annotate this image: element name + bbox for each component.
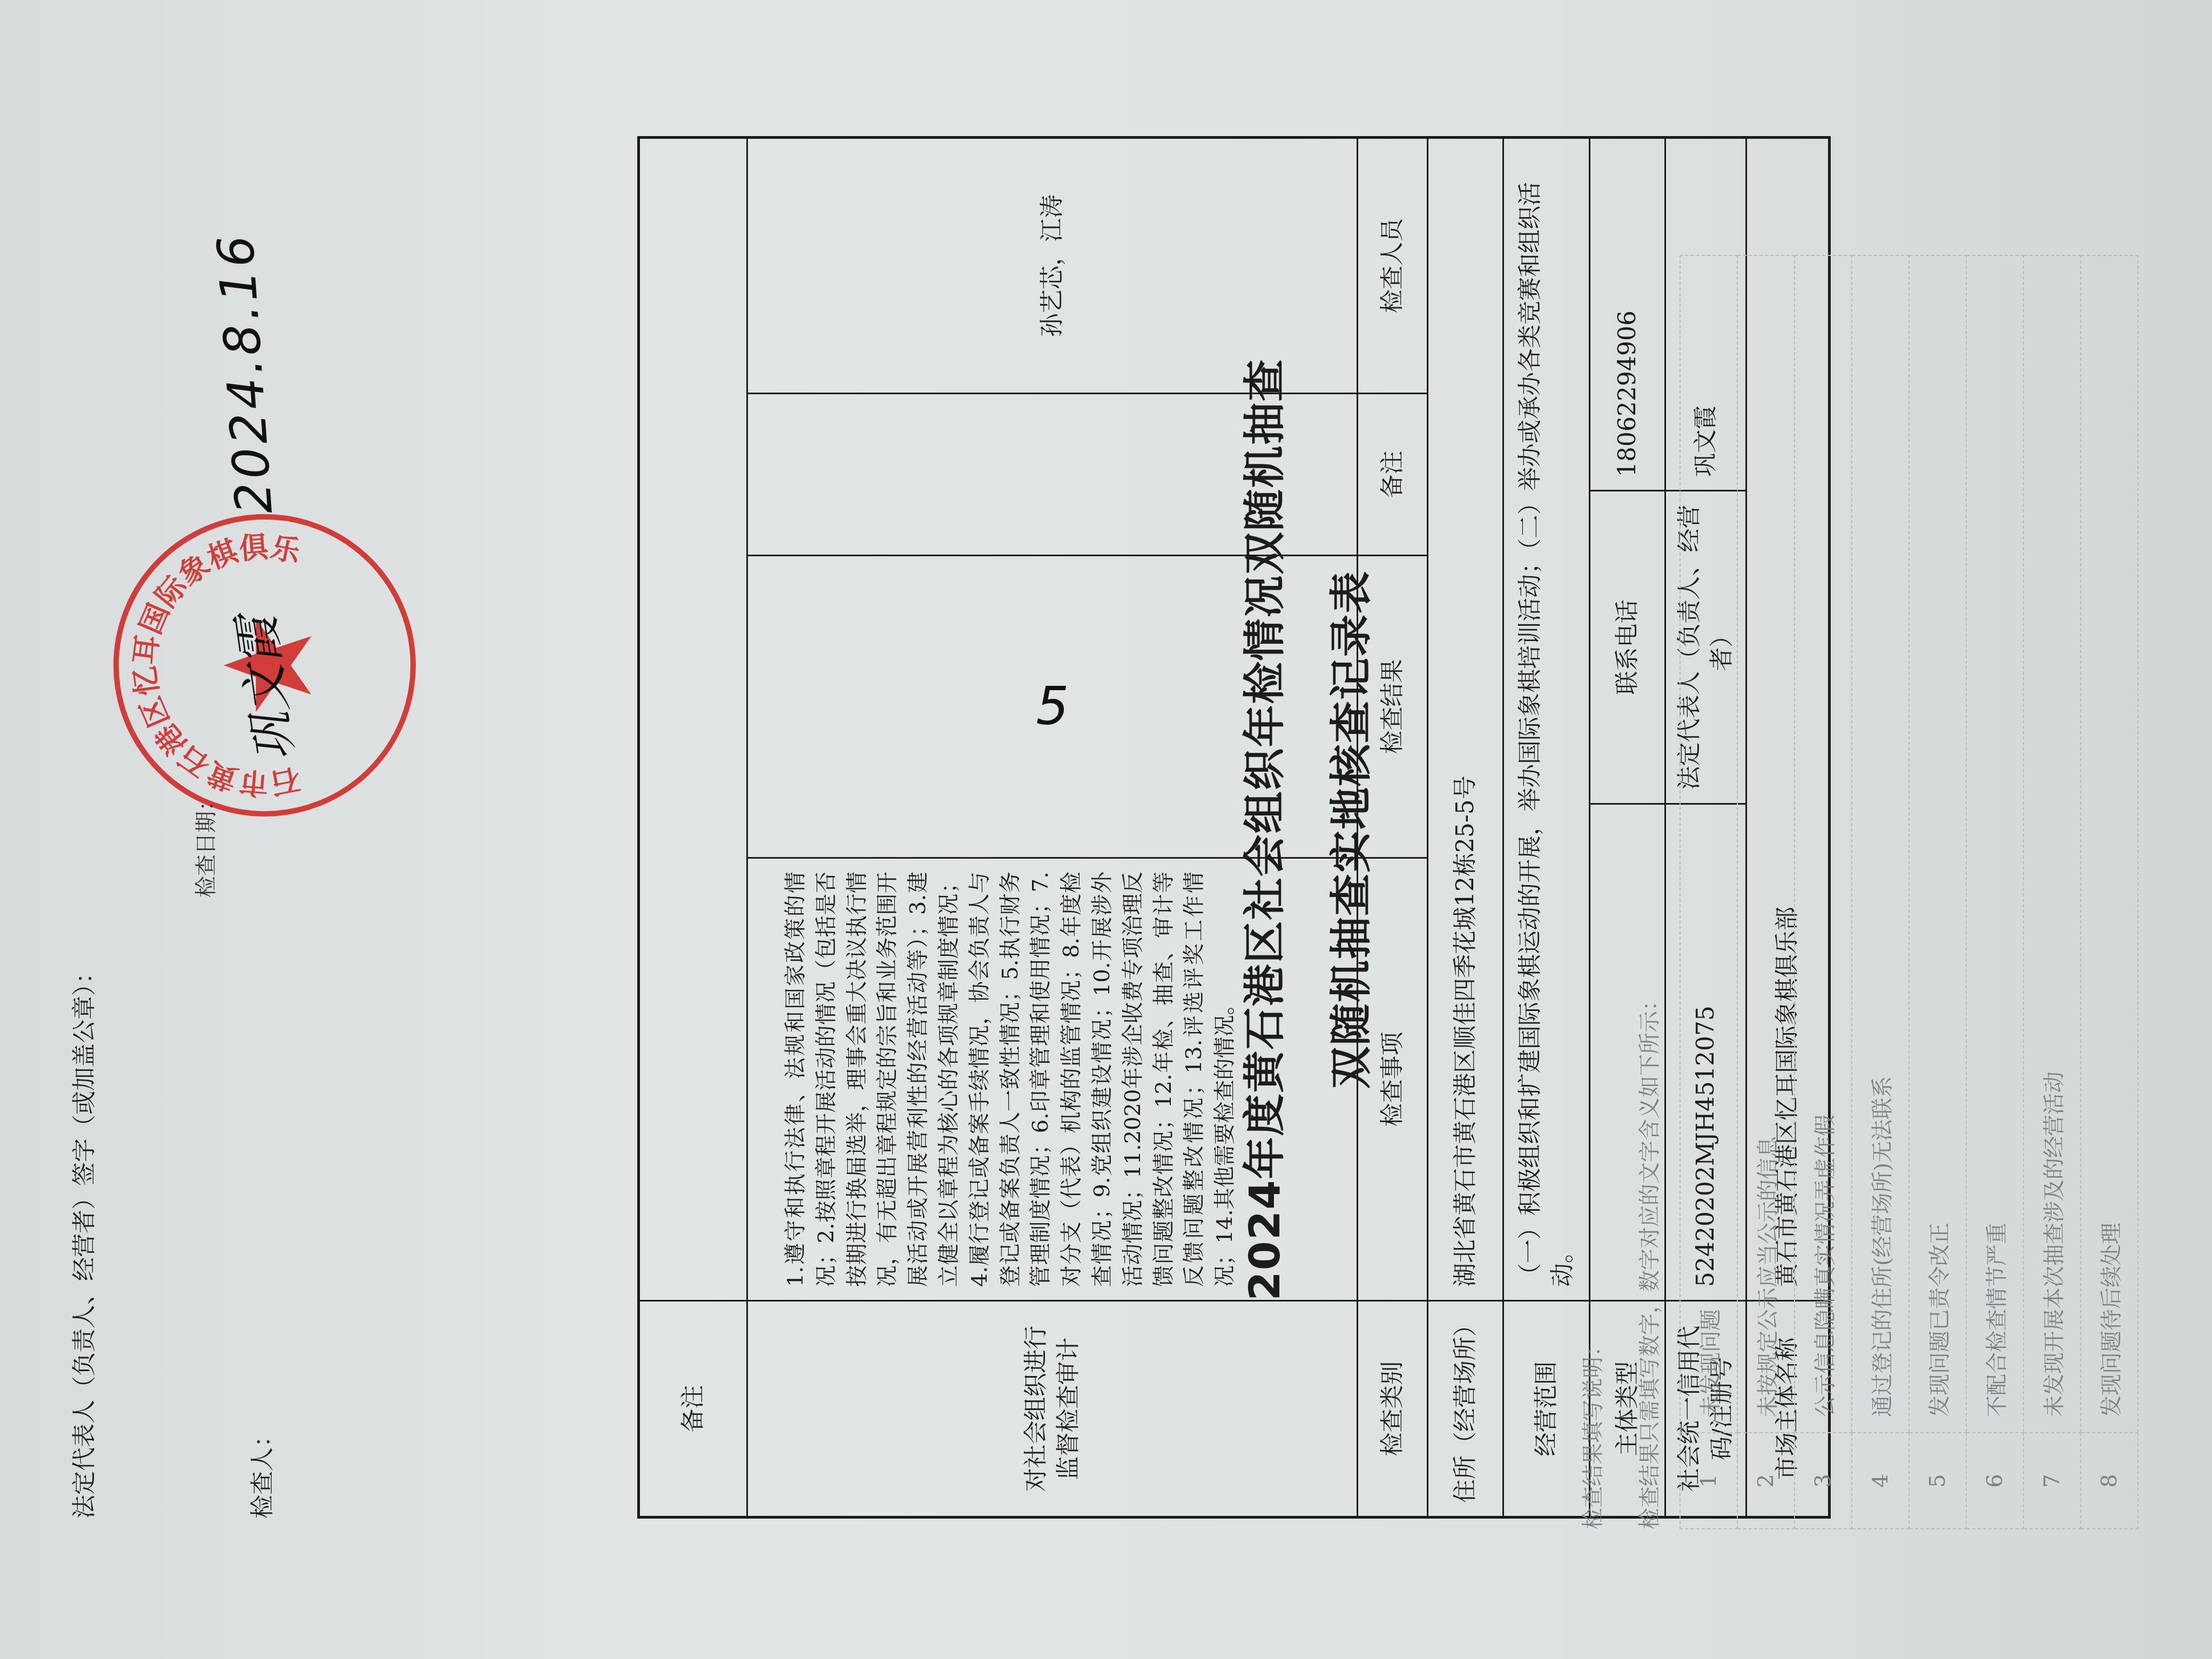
legend-intro: 检查结果只需填写数字，数字对应的文字含义如下所示： [1620, 28, 1680, 1529]
handwritten-result: 5 [1036, 672, 1069, 742]
legend-code: 3 [1795, 1433, 1852, 1529]
remark-label: 备注 [640, 1300, 746, 1516]
document-title: 2024年度黄石港区社会组织年检情况双随机抽查 [1231, 0, 1292, 1659]
legend-row: 2未按规定公示应当公示的信息 [1737, 255, 1795, 1529]
legend-meaning: 未按规定公示应当公示的信息 [1737, 255, 1795, 1433]
legend-row: 7未发现开展本次抽查涉及的经营活动 [2024, 255, 2081, 1529]
document-page: 黄石市黄石港区忆耳国际象棋俱乐部 法定代表人（负责人、经营者）签字（或加盖公章）… [0, 0, 2212, 1659]
legend-code: 7 [2024, 1433, 2081, 1529]
legend-meaning: 通过登记的住所(经营场所)无法联系 [1852, 255, 1909, 1433]
result-code-legend: 检查结果填写说明： 检查结果只需填写数字，数字对应的文字含义如下所示： 1未发现… [1566, 28, 2139, 1529]
check-date-label: 检查日期： [189, 790, 220, 898]
address-row: 住所（经营场所） 湖北省黄石市黄石港区顺佳四季花城12栋25-5号 [1428, 139, 1504, 1516]
remark-value [640, 139, 746, 1300]
remark-row: 备注 [640, 139, 748, 1516]
legend-meaning: 发现问题待后续处理 [2081, 255, 2138, 1433]
legend-row: 4通过登记的住所(经营场所)无法联系 [1852, 255, 1909, 1529]
legal-rep-signature-label: 法定代表人（负责人、经营者）签字（或加盖公章）： [65, 960, 99, 1519]
legend-meaning: 不配合检查情节严重 [1966, 255, 2024, 1433]
legend-code: 6 [1966, 1433, 2024, 1529]
legend-meaning: 公示信息隐瞒真实情况弄虚作假 [1795, 255, 1852, 1433]
legend-row: 5发现问题已责令改正 [1909, 255, 1966, 1529]
legend-table: 1未发现问题2未按规定公示应当公示的信息3公示信息隐瞒真实情况弄虚作假4通过登记… [1680, 255, 2139, 1529]
legend-meaning: 未发现问题 [1680, 255, 1737, 1433]
inspector-signature-label: 检查人： [243, 1424, 278, 1519]
legend-row: 6不配合检查情节严重 [1966, 255, 2024, 1529]
legend-meaning: 发现问题已责令改正 [1909, 255, 1966, 1433]
legend-code: 2 [1737, 1433, 1795, 1529]
signature-area: 黄石市黄石港区忆耳国际象棋俱乐部 法定代表人（负责人、经营者）签字（或加盖公章）… [65, 136, 551, 1519]
legend-code: 1 [1680, 1433, 1737, 1529]
legend-row: 3公示信息隐瞒真实情况弄虚作假 [1795, 255, 1852, 1529]
legend-code: 5 [1909, 1433, 1966, 1529]
address-label: 住所（经营场所） [1428, 1300, 1502, 1516]
document-subtitle: 双随机抽查实地核查记录表 [1318, 0, 1378, 1659]
legend-row: 1未发现问题 [1680, 255, 1737, 1529]
legend-title: 检查结果填写说明： [1566, 28, 1620, 1529]
legend-meaning: 未发现开展本次抽查涉及的经营活动 [2024, 255, 2081, 1433]
handwritten-date: 2024.8.16 [206, 231, 284, 516]
legend-row: 8发现问题待后续处理 [2081, 255, 2138, 1529]
address-value: 湖北省黄石市黄石港区顺佳四季花城12栋25-5号 [1428, 139, 1502, 1300]
legend-code: 8 [2081, 1433, 2138, 1529]
legend-code: 4 [1852, 1433, 1909, 1529]
